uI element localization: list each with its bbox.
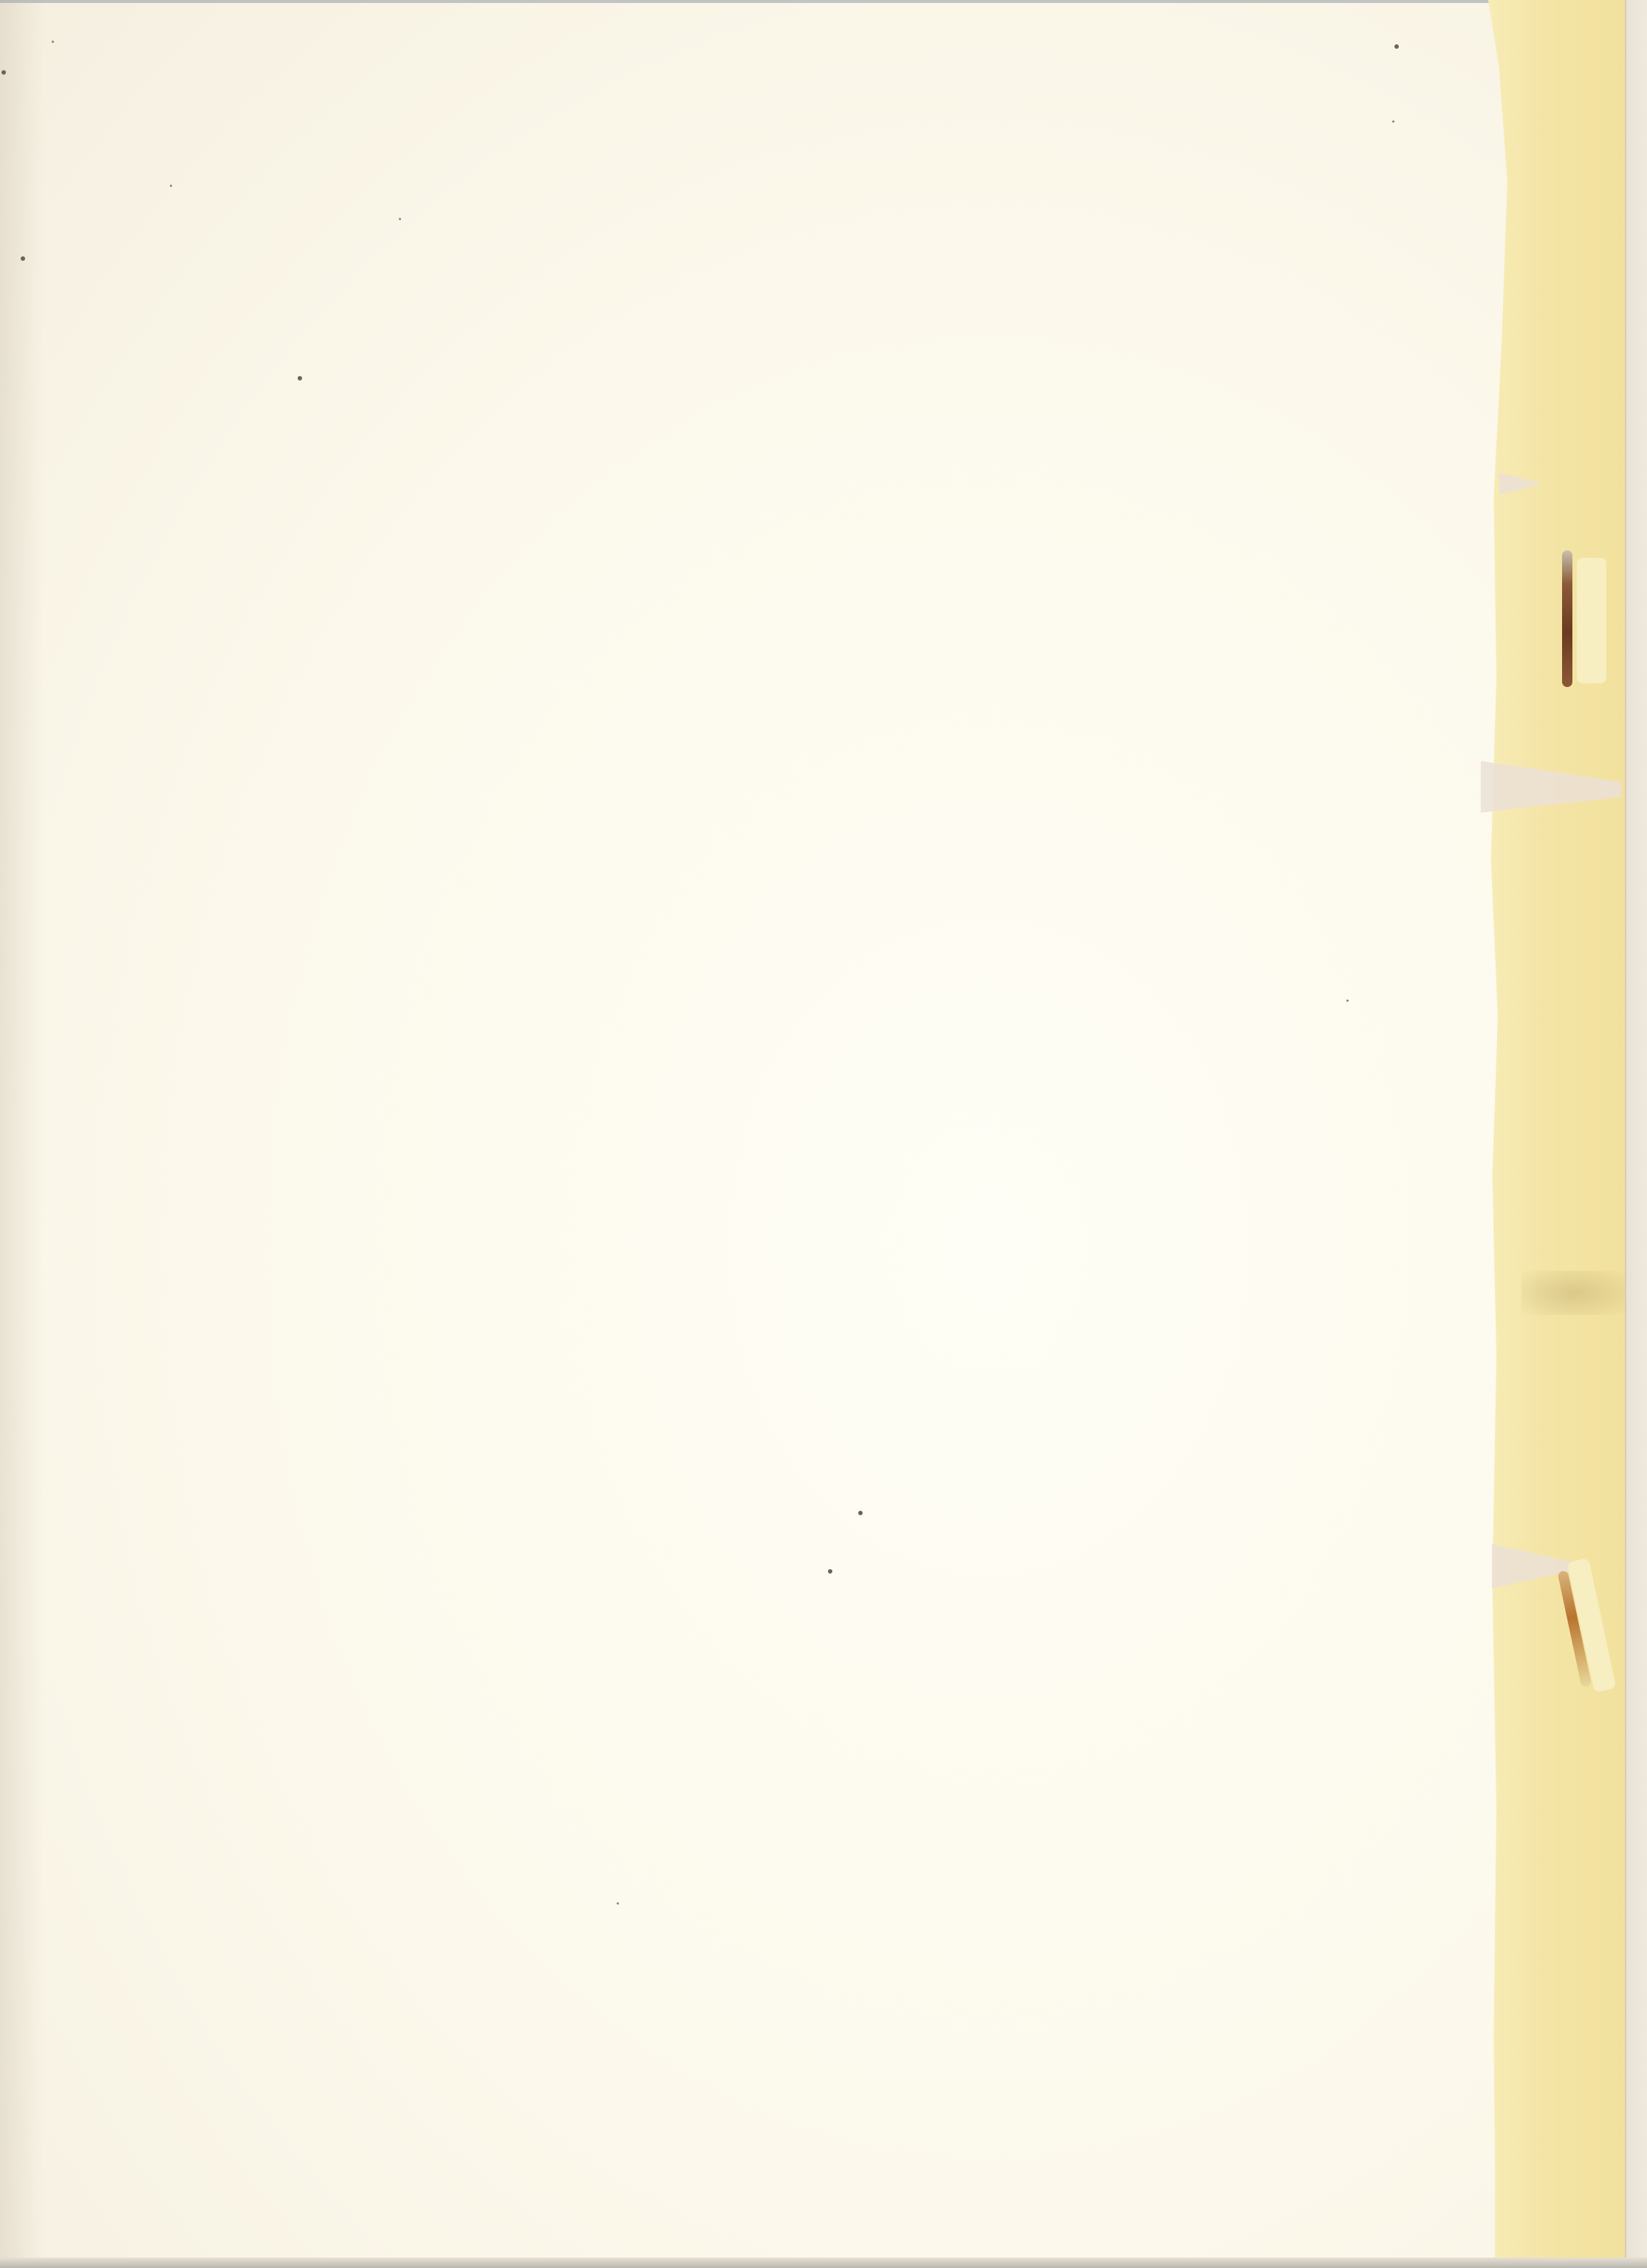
dust-speck	[21, 256, 25, 261]
left-edge-shadow	[0, 0, 44, 2268]
blank-page	[0, 0, 1647, 2268]
dust-speck	[1346, 1000, 1349, 1002]
dust-speck	[298, 376, 302, 380]
binding-tape	[1488, 0, 1625, 2261]
dust-speck	[399, 218, 401, 220]
dust-speck	[858, 1511, 863, 1515]
staple-tape-wrap	[1577, 558, 1606, 683]
top-edge	[0, 0, 1647, 3]
dust-speck	[1392, 120, 1394, 123]
page-spine-edge	[1625, 0, 1647, 2261]
tape-stain	[1521, 1271, 1625, 1315]
bottom-edge	[0, 2258, 1647, 2268]
dust-speck	[828, 1569, 832, 1574]
dust-speck	[52, 41, 54, 43]
staple-icon	[1562, 550, 1572, 687]
dust-speck	[1, 70, 6, 75]
dust-speck	[170, 185, 172, 187]
dust-speck	[617, 1902, 619, 1905]
dust-speck	[1394, 44, 1399, 49]
